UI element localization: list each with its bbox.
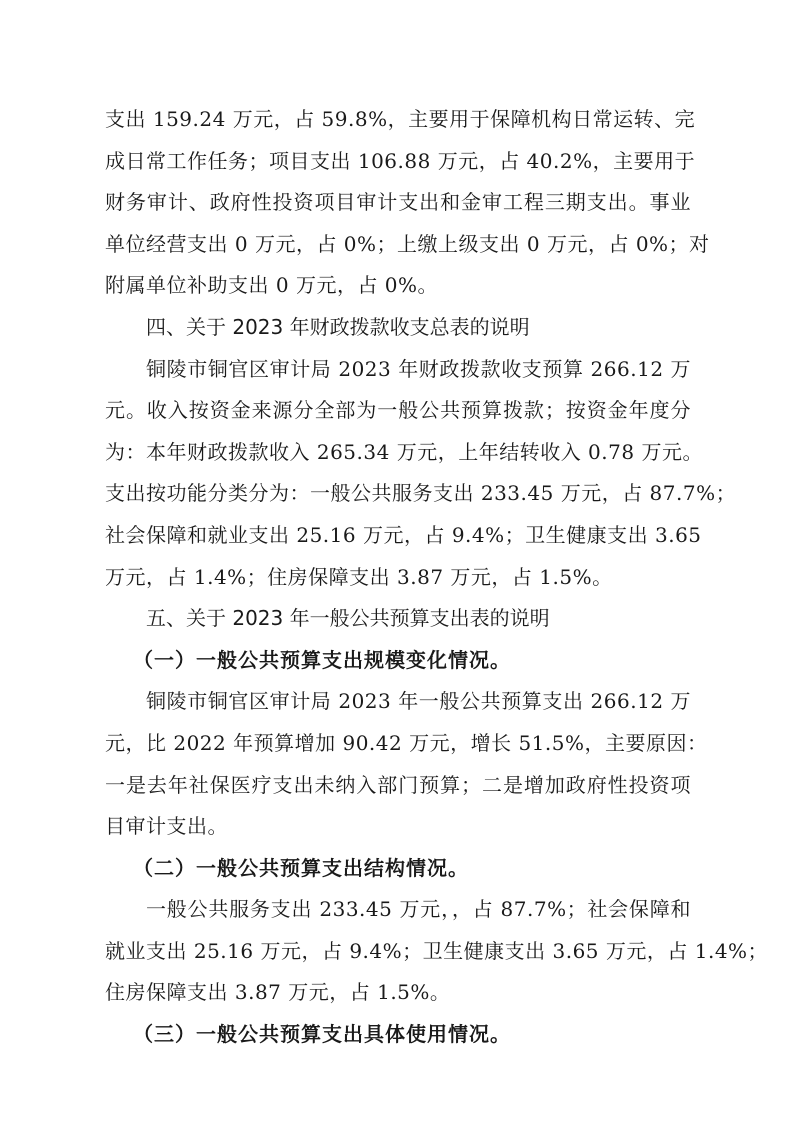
text-line: 元。收入按资金来源分全部为一般公共预算拨款；按资金年度分: [105, 390, 691, 432]
section-4: 四、关于 2023 年财政拨款收支总表的说明 铜陵市铜官区审计局 2023 年财…: [105, 307, 691, 598]
text-line: 支出 159.24 万元，占 59.8%，主要用于保障机构日常运转、完: [105, 99, 691, 141]
text-line: 元，比 2022 年预算增加 90.42 万元，增长 51.5%，主要原因：: [105, 723, 691, 765]
text-line: 一般公共服务支出 233.45 万元，，占 87.7%；社会保障和: [105, 889, 691, 931]
text-line: 单位经营支出 0 万元，占 0%；上缴上级支出 0 万元，占 0%；对: [105, 224, 691, 266]
text-line: 目审计支出。: [105, 806, 691, 848]
text-line: 万元，占 1.4%；住房保障支出 3.87 万元，占 1.5%。: [105, 557, 691, 599]
section-heading: 五、关于 2023 年一般公共预算支出表的说明: [105, 598, 691, 640]
text-line: 铜陵市铜官区审计局 2023 年财政拨款收支预算 266.12 万: [105, 349, 691, 391]
paragraph-continued: 支出 159.24 万元，占 59.8%，主要用于保障机构日常运转、完 成日常工…: [105, 99, 691, 307]
text-line: 社会保障和就业支出 25.16 万元，占 9.4%；卫生健康支出 3.65: [105, 515, 691, 557]
section-5: 五、关于 2023 年一般公共预算支出表的说明 （一）一般公共预算支出规模变化情…: [105, 598, 691, 1056]
document-page: 支出 159.24 万元，占 59.8%，主要用于保障机构日常运转、完 成日常工…: [105, 99, 691, 1056]
text-line: 就业支出 25.16 万元，占 9.4%；卫生健康支出 3.65 万元，占 1.…: [105, 931, 691, 973]
subsection-heading: （二）一般公共预算支出结构情况。: [105, 848, 691, 890]
subsection-heading: （三）一般公共预算支出具体使用情况。: [105, 1014, 691, 1056]
text-line: 为：本年财政拨款收入 265.34 万元，上年结转收入 0.78 万元。: [105, 432, 691, 474]
text-line: 一是去年社保医疗支出未纳入部门预算；二是增加政府性投资项: [105, 765, 691, 807]
text-line: 铜陵市铜官区审计局 2023 年一般公共预算支出 266.12 万: [105, 681, 691, 723]
text-line: 成日常工作任务；项目支出 106.88 万元，占 40.2%，主要用于: [105, 141, 691, 183]
text-line: 附属单位补助支出 0 万元，占 0%。: [105, 265, 691, 307]
text-line: 财务审计、政府性投资项目审计支出和金审工程三期支出。事业: [105, 182, 691, 224]
subsection-heading: （一）一般公共预算支出规模变化情况。: [105, 640, 691, 682]
section-heading: 四、关于 2023 年财政拨款收支总表的说明: [105, 307, 691, 349]
text-line: 支出按功能分类分为：一般公共服务支出 233.45 万元，占 87.7%；: [105, 473, 691, 515]
text-line: 住房保障支出 3.87 万元，占 1.5%。: [105, 972, 691, 1014]
